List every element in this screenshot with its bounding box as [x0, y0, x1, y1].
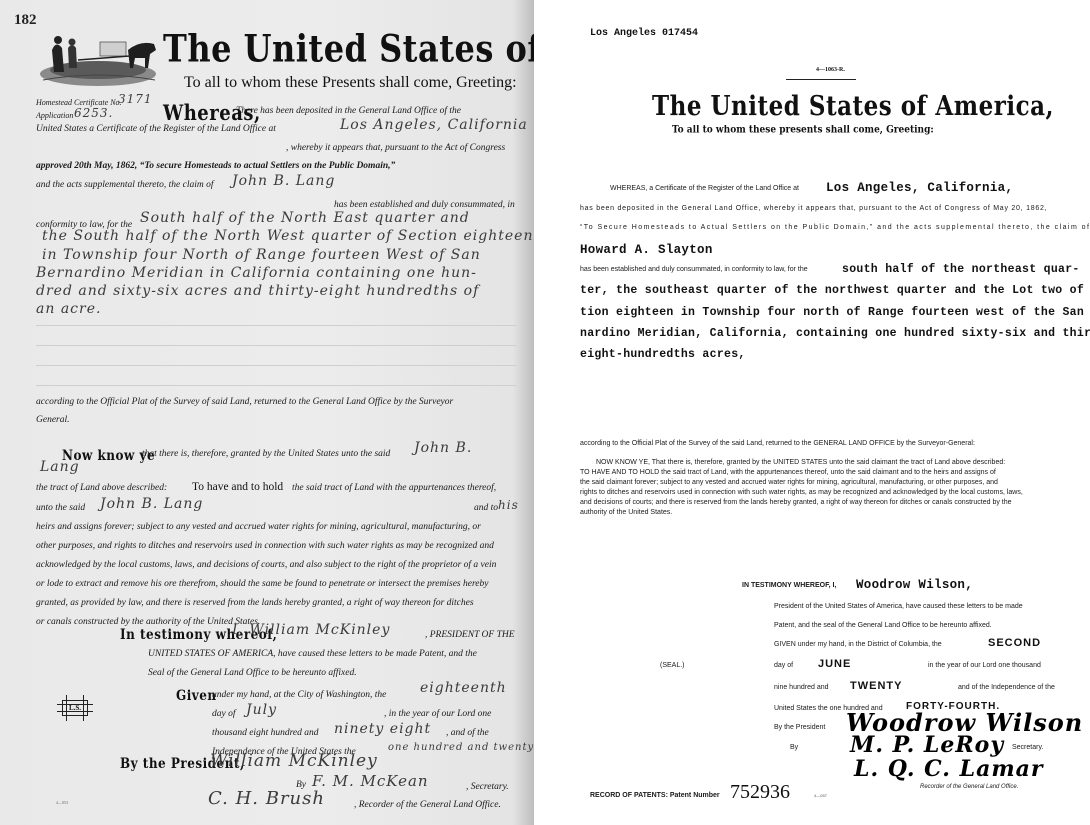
land-description: south half of the northeast quar- [842, 263, 1080, 276]
left-patent-document: 182 The United States of America, To all… [0, 0, 534, 825]
heirs-pronoun-handwritten: his [498, 498, 519, 512]
grant-text: NOW KNOW YE, That there is, therefore, g… [580, 459, 1005, 466]
body-text: the said tract of Land with the appurten… [292, 483, 496, 493]
body-text: “To Secure Homesteads to Actual Settlers… [580, 224, 1090, 231]
given-day: SECOND [988, 637, 1041, 649]
body-text: Seal of the General Land Office to be he… [148, 668, 357, 678]
seal-ls: L.S. [62, 700, 88, 716]
right-patent-document: Los Angeles 017454 4—1063-R. The United … [534, 0, 1090, 825]
given-month: JUNE [818, 658, 851, 670]
ruled-line [36, 365, 516, 366]
land-description-handwritten: in Township four North of Range fourteen… [42, 247, 481, 263]
body-text: , and of the [446, 728, 489, 738]
body-text: other purposes, and rights to ditches an… [36, 541, 494, 551]
land-description-handwritten: South half of the North East quarter and [140, 210, 470, 226]
recorder-label: , Recorder of the General Land Office. [354, 800, 501, 810]
land-office-handwritten: Los Angeles, California [340, 117, 528, 133]
body-text: the tract of Land above described: [36, 483, 167, 493]
president-signature: William McKinley [210, 751, 378, 771]
homestead-certificate-number: 3171 [118, 92, 153, 106]
claimant-handwritten: John B. Lang [232, 173, 335, 189]
seal-label: (SEAL.) [660, 662, 685, 669]
body-text: granted, as provided by law, and there i… [36, 598, 474, 608]
secretary-label: , Secretary. [466, 782, 509, 792]
application-number: 6253. [74, 106, 113, 120]
land-description: tion eighteen in Township four north of … [580, 306, 1090, 319]
body-text: , PRESIDENT OF THE [425, 630, 515, 640]
document-title: The United States of America, [163, 26, 534, 71]
body-text: acknowledged by the local customs, laws,… [36, 560, 496, 570]
body-text: and the acts supplemental thereto, the c… [36, 180, 213, 190]
secretary-signature: M. P. LeRoy [850, 732, 1004, 758]
land-description-handwritten: the South half of the North West quarter… [42, 228, 533, 244]
body-text: according to the Official Plat of the Su… [580, 440, 975, 447]
body-text: day of [212, 709, 235, 719]
body-text: and to [474, 503, 498, 513]
secretary-signature: F. M. McKean [312, 772, 429, 790]
body-text: United States a Certificate of the Regis… [36, 124, 276, 134]
file-number: Los Angeles 017454 [590, 28, 698, 39]
body-text: nine hundred and [774, 684, 829, 691]
by-label: By [790, 744, 798, 751]
document-title: The United States of America, [652, 90, 1054, 122]
recorder-label: Recorder of the General Land Office. [920, 784, 1018, 790]
grantee-handwritten: Lang [40, 459, 80, 475]
day-handwritten: eighteenth [420, 680, 507, 696]
body-text: General. [36, 415, 70, 425]
grantee-handwritten: John B. Lang [100, 496, 203, 512]
to-have-and-to-hold: To have and to hold [192, 481, 283, 493]
grant-text: authority of the United States. [580, 509, 672, 516]
form-number: 4—1063-R. [816, 67, 845, 73]
body-text: , in the year of our Lord one [384, 709, 491, 719]
form-mark: 4—057 [814, 793, 827, 798]
ruled-line [36, 325, 516, 326]
land-description: ter, the southeast quarter of the northw… [580, 284, 1090, 297]
body-text: or lode to extract and remove his ore th… [36, 579, 488, 589]
body-text: has been established and duly consummate… [334, 200, 515, 210]
body-text: WHEREAS, a Certificate of the Register o… [610, 185, 799, 192]
grant-text: and decisions of courts; and there is re… [580, 499, 1012, 506]
body-text: thousand eight hundred and [212, 728, 319, 738]
president-name: Woodrow Wilson, [856, 578, 973, 592]
body-text: has been deposited in the General Land O… [580, 205, 1047, 212]
body-text: heirs and assigns forever; subject to an… [36, 522, 481, 532]
body-text: UNITED STATES OF AMERICA, have caused th… [148, 649, 477, 659]
recorder-signature: L. Q. C. Lamar [854, 756, 1043, 782]
testimony-heading: IN TESTIMONY WHEREOF, I, [742, 582, 836, 589]
homestead-engraving-icon [38, 30, 160, 88]
by-the-president-label: By the President [774, 724, 825, 731]
ruled-line [36, 385, 516, 386]
claimant-name: Howard A. Slayton [580, 243, 713, 257]
body-text: Patent, and the seal of the General Land… [774, 622, 992, 629]
body-text: President of the United States of Americ… [774, 603, 1023, 610]
body-text: in the year of our Lord one thousand [928, 662, 1041, 669]
land-description: nardino Meridian, California, containing… [580, 327, 1090, 340]
form-mark: 4—053 [56, 800, 68, 805]
body-text: under my hand, at the City of Washington… [212, 690, 386, 700]
body-text: according to the Official Plat of the Su… [36, 397, 453, 407]
body-text: unto the said [36, 503, 85, 513]
given-heading: Given [176, 687, 217, 704]
greeting: To all to whom these presents shall come… [672, 125, 934, 136]
body-text: approved 20th May, 1862, “To secure Home… [36, 161, 395, 171]
page-number: 182 [14, 12, 37, 29]
land-description-handwritten: Bernardino Meridian in California contai… [36, 265, 477, 281]
grantee-handwritten: John B. [414, 440, 472, 456]
record-of-patents-label: RECORD OF PATENTS: Patent Number [590, 792, 720, 799]
land-description-handwritten: dred and sixty-six acres and thirty-eigh… [36, 283, 479, 299]
greeting: To all to whom these Presents shall come… [184, 74, 517, 92]
land-office: Los Angeles, California, [826, 181, 1013, 195]
secretary-label: Secretary. [1012, 744, 1043, 751]
divider [786, 79, 856, 80]
application-label: Application [36, 111, 73, 120]
ruled-line [36, 345, 516, 346]
recorder-signature: C. H. Brush [208, 788, 325, 809]
body-text: There has been deposited in the General … [236, 106, 461, 116]
body-text: that there is, therefore, granted by the… [142, 449, 390, 459]
body-text: , whereby it appears that, pursuant to t… [286, 143, 505, 153]
body-text: has been established and duly consummate… [580, 266, 808, 273]
land-description-handwritten: an acre. [36, 301, 101, 317]
body-text: and of the Independence of the [958, 684, 1055, 691]
land-description: eight-hundredths acres, [580, 348, 746, 361]
month-handwritten: July [246, 702, 277, 718]
grant-text: TO HAVE AND TO HOLD the said tract of La… [580, 469, 996, 476]
patent-number: 752936 [730, 781, 790, 804]
grant-text: rights to ditches and reservoirs used in… [580, 489, 1023, 496]
grant-text: the said claimant forever; subject to an… [580, 479, 998, 486]
body-text: GIVEN under my hand, in the District of … [774, 641, 942, 648]
year-handwritten: ninety eight [334, 721, 431, 737]
given-year: TWENTY [850, 680, 902, 692]
independence-year-handwritten: one hundred and twenty third [388, 742, 534, 753]
body-text: day of [774, 662, 793, 669]
president-name-handwritten: I, William McKinley [232, 622, 390, 638]
